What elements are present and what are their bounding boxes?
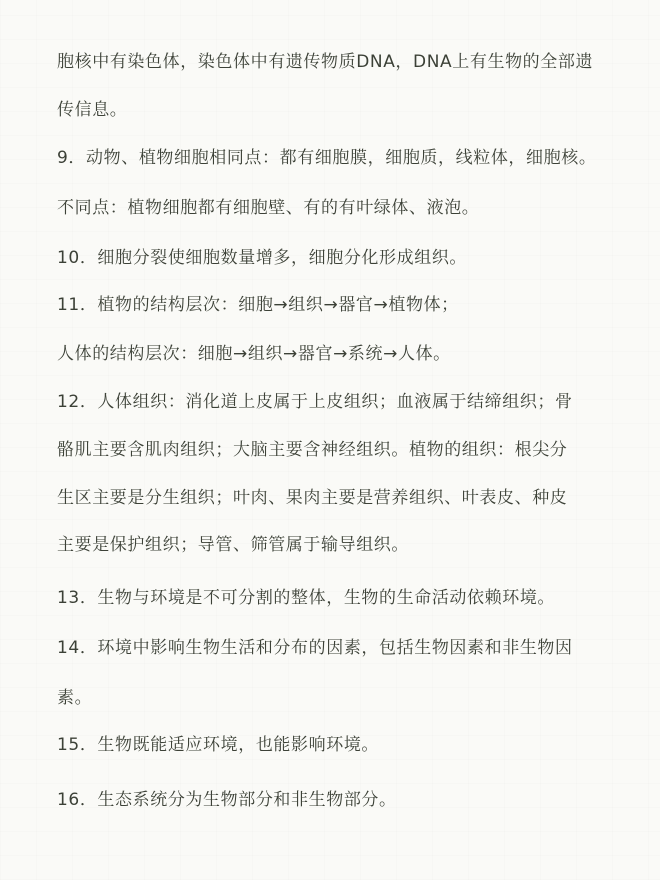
- item-11-line-2: 人体的结构层次：细胞→组织→器官→系统→人体。: [57, 342, 617, 366]
- item-10: 10．细胞分裂使细胞数量增多，细胞分化形成组织。: [57, 246, 617, 270]
- item-15: 15．生物既能适应环境，也能影响环境。: [57, 733, 617, 757]
- item-11-line-1: 11．植物的结构层次：细胞→组织→器官→植物体；: [57, 293, 617, 317]
- document-page: 胞核中有染色体，染色体中有遗传物质DNA，DNA上有生物的全部遗 传信息。 9．…: [0, 0, 660, 880]
- item-9-line-2: 不同点：植物细胞都有细胞壁、有的有叶绿体、液泡。: [57, 196, 617, 220]
- item-12-line-4: 主要是保护组织；导管、筛管属于输导组织。: [57, 533, 617, 557]
- item-14-line-2: 素。: [57, 686, 617, 710]
- item-16: 16．生态系统分为生物部分和非生物部分。: [57, 788, 617, 812]
- item-12-line-3: 生区主要是分生组织；叶肉、果肉主要是营养组织、叶表皮、种皮: [57, 486, 617, 510]
- item-13: 13．生物与环境是不可分割的整体，生物的生命活动依赖环境。: [57, 586, 617, 610]
- item-9-line-1: 9．动物、植物细胞相同点：都有细胞膜，细胞质，线粒体，细胞核。: [57, 146, 617, 170]
- item-14-line-1: 14．环境中影响生物生活和分布的因素，包括生物因素和非生物因: [57, 636, 617, 660]
- item-12-line-2: 骼肌主要含肌肉组织；大脑主要含神经组织。植物的组织：根尖分: [57, 438, 617, 462]
- text-line-2: 传信息。: [57, 98, 617, 122]
- text-line-1: 胞核中有染色体，染色体中有遗传物质DNA，DNA上有生物的全部遗: [57, 50, 617, 74]
- item-12-line-1: 12．人体组织：消化道上皮属于上皮组织；血液属于结缔组织；骨: [57, 390, 617, 414]
